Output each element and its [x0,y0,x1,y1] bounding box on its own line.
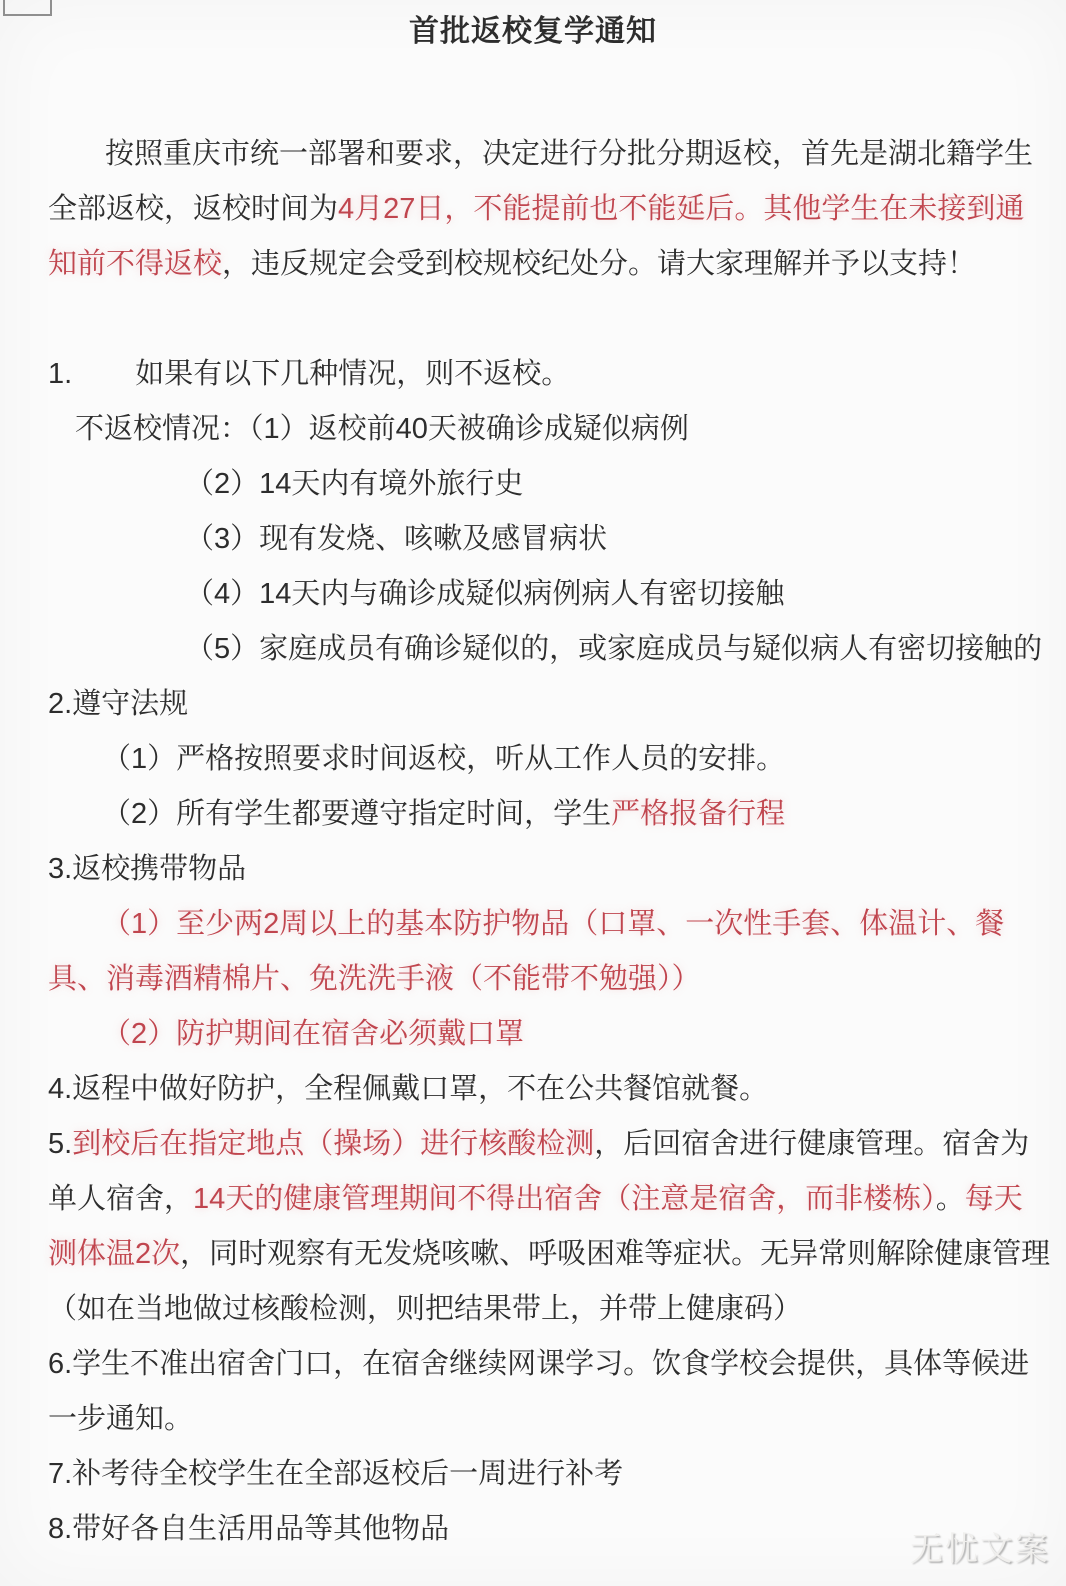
text-segment: 7.补考待全校学生在全部返校后一周进行补考 [48,1458,623,1490]
text-line: 7.补考待全校学生在全部返校后一周进行补考 [48,1447,1036,1502]
text-segment: 单人宿舍， [48,1183,193,1215]
text-line: 知前不得返校，违反规定会受到校规校纪处分。请大家理解并予以支持！ [48,237,1036,292]
text-line: （1）严格按照要求时间返校，听从工作人员的安排。 [48,732,1036,787]
text-line: 8.带好各自生活用品等其他物品 [48,1502,1036,1557]
text-line: 测体温2次，同时观察有无发烧咳嗽、呼吸困难等症状。无异常则解除健康管理 [48,1227,1036,1282]
text-line: 不返校情况：（1）返校前40天被确诊成疑似病例 [48,402,1036,457]
highlighted-text: 知前不得返校 [48,248,222,280]
text-segment: （2）14天内有境外旅行史 [185,468,523,500]
text-segment: （3）现有发烧、咳嗽及感冒病状 [185,523,607,555]
text-line: 1.如果有以下几种情况，则不返校。 [48,347,1036,402]
text-line: 4.返程中做好防护，全程佩戴口罩，不在公共餐馆就餐。 [48,1062,1036,1117]
text-segment: （如在当地做过核酸检测，则把结果带上，并带上健康码） [48,1293,802,1325]
document-body: 按照重庆市统一部署和要求，决定进行分批分期返校，首先是湖北籍学生全部返校，返校时… [48,127,1036,1557]
text-line: （1）至少两2周以上的基本防护物品（口罩、一次性手套、体温计、餐 [48,897,1036,952]
text-segment: ，同时观察有无发烧咳嗽、呼吸困难等症状。无异常则解除健康管理 [180,1238,1050,1270]
text-segment: 不返校情况：（1）返校前40天被确诊成疑似病例 [75,413,689,445]
text-line: （3）现有发烧、咳嗽及感冒病状 [48,512,1036,567]
text-segment: （1）严格按照要求时间返校，听从工作人员的安排。 [102,743,785,775]
text-segment: 6.学生不准出宿舍门口，在宿舍继续网课学习。饮食学校会提供，具体等候进 [48,1348,1029,1380]
text-line: 2.遵守法规 [48,677,1036,732]
highlighted-text: 每天 [965,1183,1023,1215]
text-segment: 。 [936,1183,965,1215]
text-line: 3.返校携带物品 [48,842,1036,897]
text-segment: （2）所有学生都要遵守指定时间，学生 [102,798,611,830]
text-line: 单人宿舍，14天的健康管理期间不得出宿舍（注意是宿舍，而非楼栋）。每天 [48,1172,1036,1227]
text-segment: （5）家庭成员有确诊疑似的，或家庭成员与疑似病人有密切接触的 [185,633,1042,665]
text-line [48,292,1036,347]
text-segment: ，后回宿舍进行健康管理。宿舍为 [594,1128,1029,1160]
text-segment: 4.返程中做好防护，全程佩戴口罩，不在公共餐馆就餐。 [48,1073,768,1105]
text-line: （2）所有学生都要遵守指定时间，学生严格报备行程 [48,787,1036,842]
document-page: 首批返校复学通知 按照重庆市统一部署和要求，决定进行分批分期返校，首先是湖北籍学… [0,0,1066,1586]
text-line: （2）防护期间在宿舍必须戴口罩 [48,1007,1036,1062]
text-segment: 3.返校携带物品 [48,853,246,885]
highlighted-text: （2）防护期间在宿舍必须戴口罩 [102,1018,524,1050]
text-line: （4）14天内与确诊成疑似病例病人有密切接触 [48,567,1036,622]
text-segment: 5. [48,1128,72,1160]
highlighted-text: 严格报备行程 [611,798,785,830]
highlighted-text: 到校后在指定地点（操场）进行核酸检测 [72,1128,594,1160]
text-line: 具、消毒酒精棉片、免洗洗手液（不能带不勉强）） [48,952,1036,1007]
text-line: 5.到校后在指定地点（操场）进行核酸检测，后回宿舍进行健康管理。宿舍为 [48,1117,1036,1172]
text-line: 一步通知。 [48,1392,1036,1447]
highlighted-text: 测体温2次 [48,1238,180,1270]
highlighted-text: 具、消毒酒精棉片、免洗洗手液（不能带不勉强）） [48,963,701,995]
text-segment: 全部返校，返校时间为 [48,193,338,225]
text-line: 6.学生不准出宿舍门口，在宿舍继续网课学习。饮食学校会提供，具体等候进 [48,1337,1036,1392]
text-line: （2）14天内有境外旅行史 [48,457,1036,512]
highlighted-text: （1）至少两2周以上的基本防护物品（口罩、一次性手套、体温计、餐 [102,908,1004,940]
text-line: 全部返校，返校时间为4月27日，不能提前也不能延后。其他学生在未接到通 [48,182,1036,237]
text-segment: 1. [48,358,72,390]
watermark: 无忧文案 [910,1523,1050,1570]
text-segment: （4）14天内与确诊成疑似病例病人有密切接触 [185,578,784,610]
highlighted-text: 4月27日，不能提前也不能延后。其他学生在未接到通 [338,193,1024,225]
page-title: 首批返校复学通知 [0,6,1066,50]
text-segment: 一步通知。 [48,1403,193,1435]
text-segment: 8.带好各自生活用品等其他物品 [48,1513,449,1545]
text-segment: 2.遵守法规 [48,688,188,720]
highlighted-text: 14天的健康管理期间不得出宿舍（注意是宿舍，而非楼栋） [193,1183,936,1215]
text-line: （5）家庭成员有确诊疑似的，或家庭成员与疑似病人有密切接触的 [48,622,1036,677]
text-segment: ，违反规定会受到校规校纪处分。请大家理解并予以支持！ [222,248,976,280]
text-segment: 按照重庆市统一部署和要求，决定进行分批分期返校，首先是湖北籍学生 [105,138,1033,170]
text-line: 按照重庆市统一部署和要求，决定进行分批分期返校，首先是湖北籍学生 [48,127,1036,182]
text-segment: 如果有以下几种情况，则不返校。 [135,358,570,390]
text-line: （如在当地做过核酸检测，则把结果带上，并带上健康码） [48,1282,1036,1337]
